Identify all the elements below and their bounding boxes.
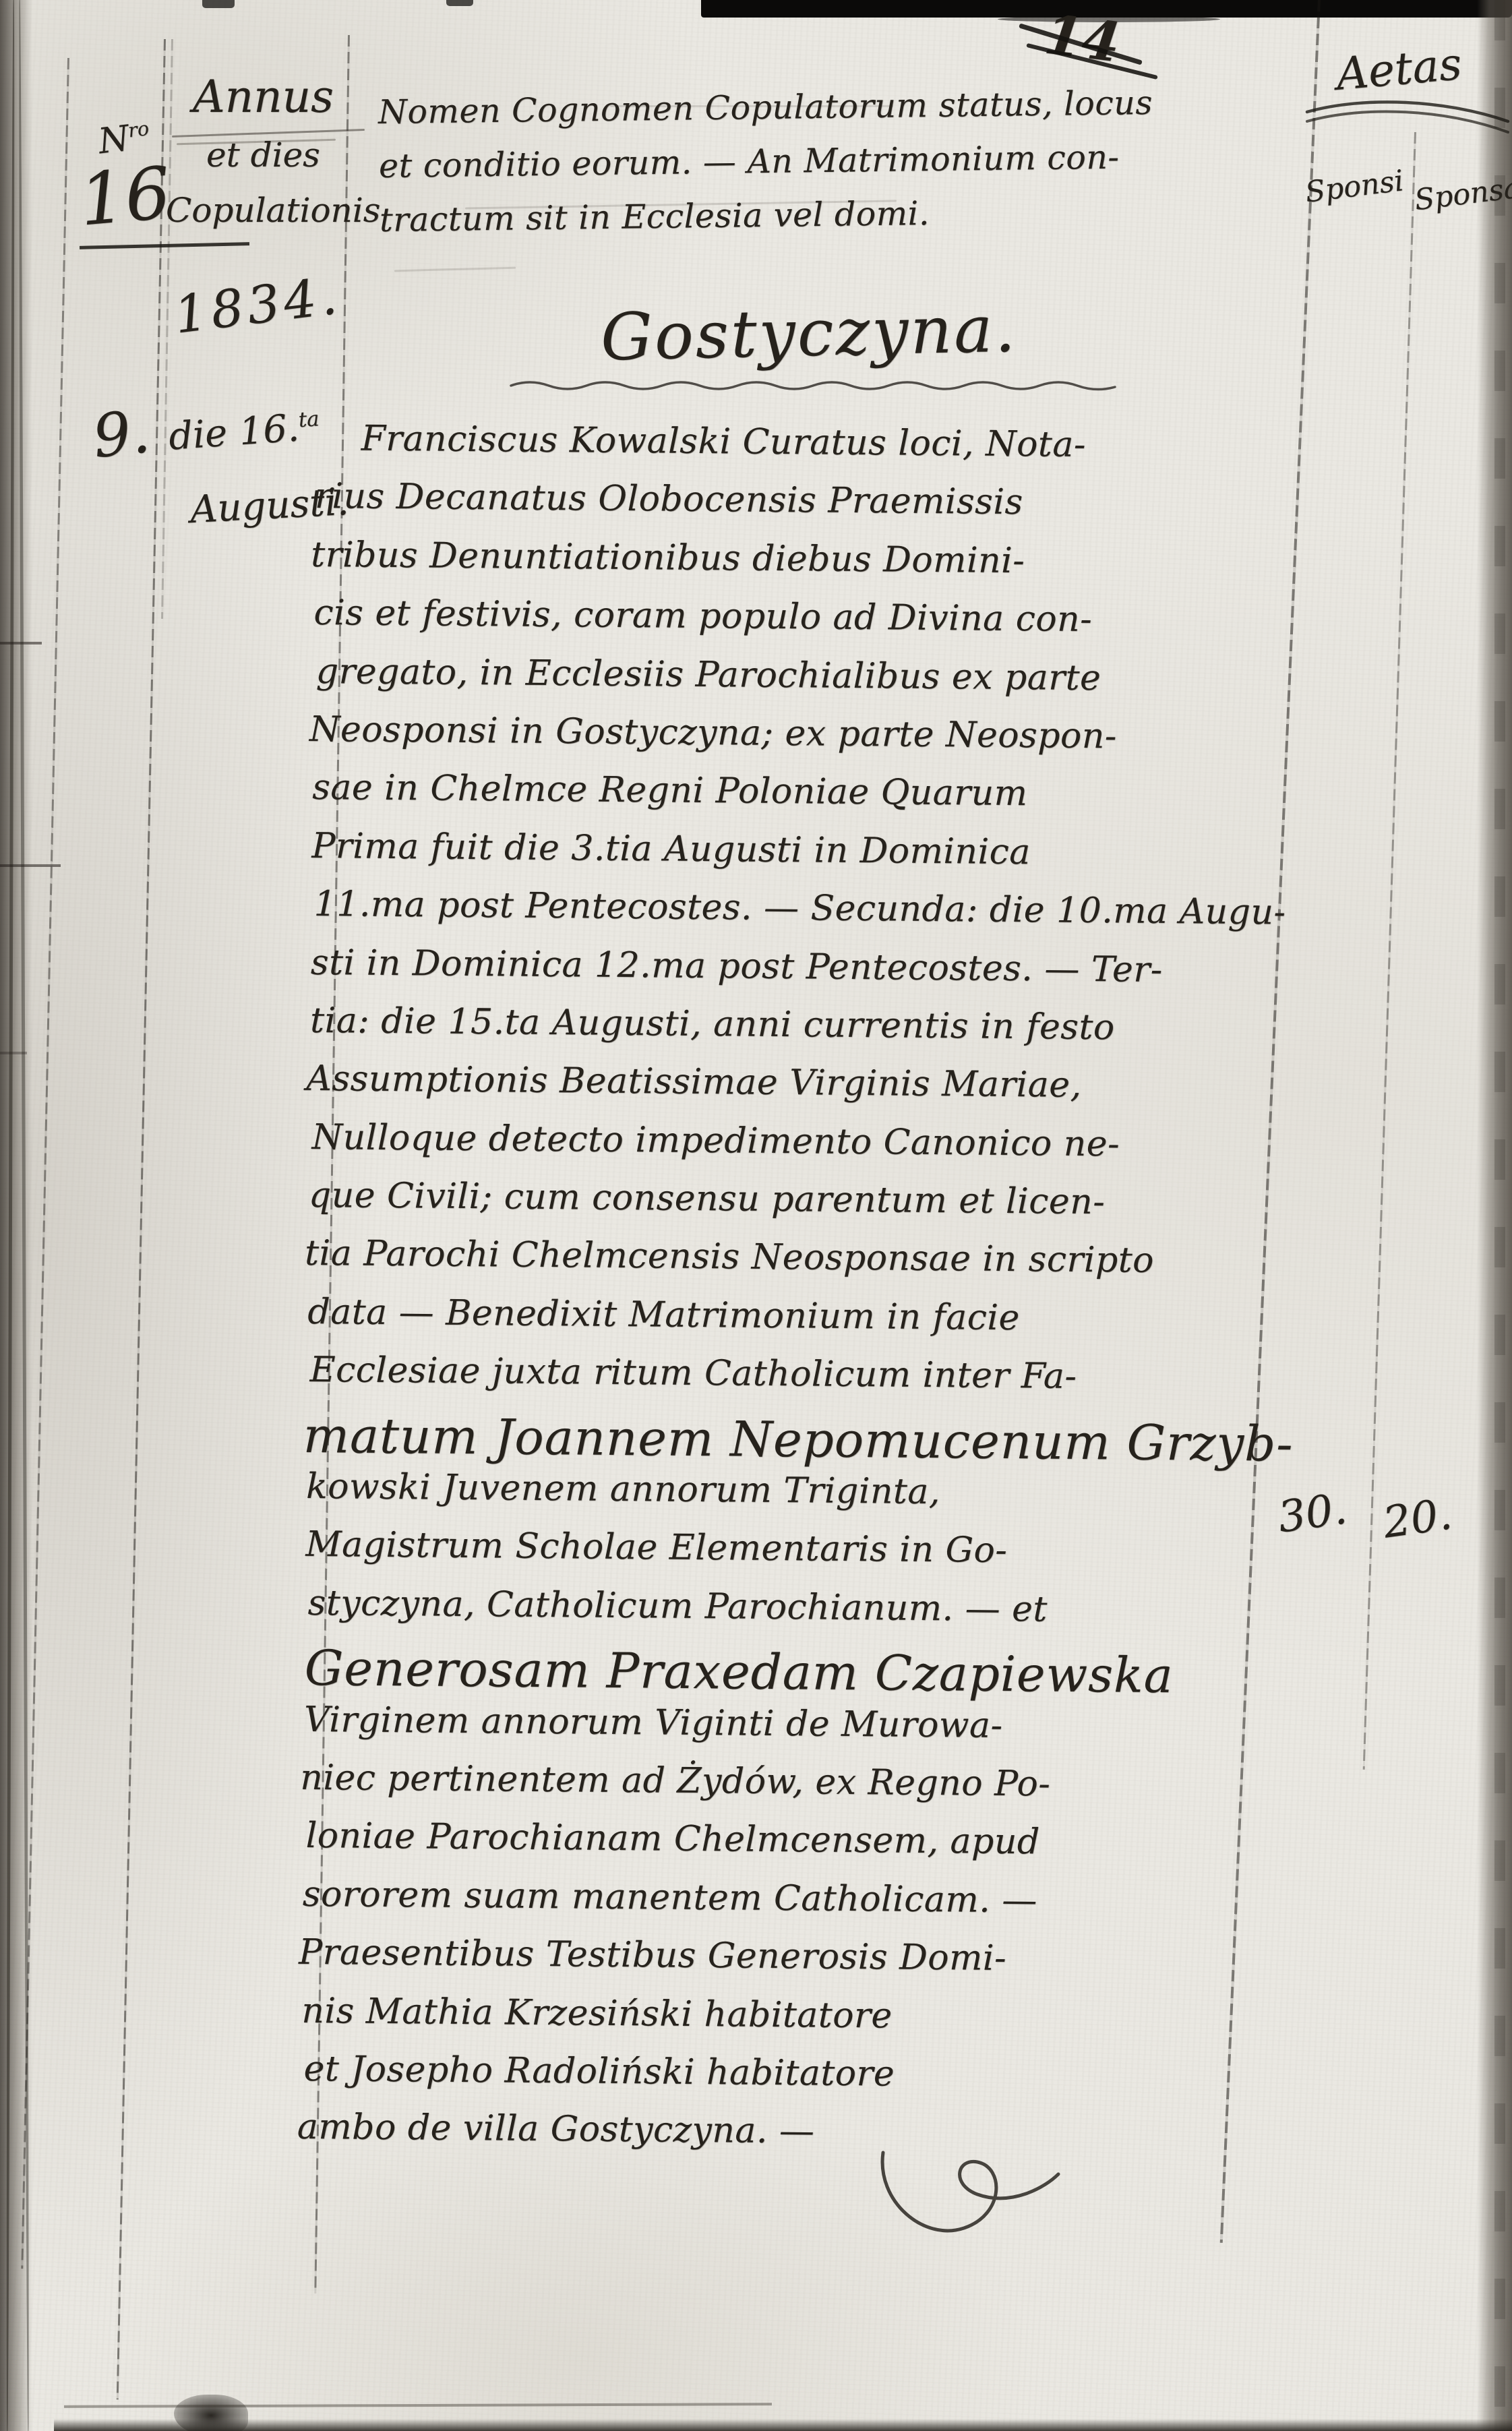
body-line: que Civili; cum consensu parentum et lic… (308, 1175, 1286, 1242)
body-line: loniae Parochianam Chelmcensem, apud (305, 1815, 1283, 1882)
date-column-header-line: Copulationis (166, 179, 380, 241)
main-column-header: Nomen Cognomen Copulatorum status, locus… (378, 76, 1155, 247)
scan-top-mark (202, 0, 235, 8)
body-line: matum Joannem Nepomucenum Grzyb- (303, 1408, 1281, 1475)
margin-tick (0, 1052, 27, 1054)
body-line: sae in Chelmce Regni Poloniae Quarum (312, 767, 1290, 834)
body-line: tia: die 15.ta Augusti, anni currentis i… (310, 1000, 1288, 1067)
body-line: Neosponsi in Gostyczyna; ex parte Neospo… (309, 709, 1287, 776)
main-column-header-line: Nomen Cognomen Copulatorum status, locus (378, 76, 1153, 140)
scan-right-edge-texture (1494, 0, 1505, 2431)
body-line: gregato, in Ecclesiis Parochialibus ex p… (315, 651, 1294, 718)
body-line: Ecclesiae juxta ritum Catholicum inter F… (309, 1350, 1288, 1416)
pen-strike (394, 267, 516, 272)
body-line: kowski Juvenem annorum Triginta, (306, 1466, 1284, 1533)
body-line: data — Benedixit Matrimonium in facie (307, 1292, 1286, 1358)
ink-blot (174, 2395, 248, 2431)
body-line: Nulloque detecto impedimento Canonico ne… (311, 1117, 1290, 1184)
body-line: ambo de villa Gostyczyna. — (297, 2107, 1275, 2173)
scratch-mark (64, 2403, 772, 2408)
body-line: tribus Denuntiationibus diebus Domini- (311, 535, 1289, 601)
age-column-header: Aetas (1334, 38, 1463, 100)
body-line: niec pertinentem ad Żydów, ex Regno Po- (300, 1758, 1278, 1824)
body-line: cis et festivis, coram populo ad Divina … (313, 593, 1292, 659)
body-line: nis Mathia Krzesiński habitatore (301, 1990, 1279, 2057)
body-line: styczyna, Catholicum Parochianum. — et (307, 1583, 1286, 1650)
register-page-scan: 14 Nro 16 Annuset diesCopulationis Nomen… (0, 0, 1512, 2431)
record-number: 16 (76, 151, 174, 241)
number-column-header-sup: ro (127, 117, 150, 142)
body-line: sororem suam manentem Catholicam. — (302, 1874, 1280, 1941)
groom-age-value: 30. (1275, 1484, 1350, 1542)
body-line: Franciscus Kowalski Curatus loci, Nota- (361, 419, 1296, 485)
year-label: 1834. (171, 265, 344, 345)
body-line: Generosam Praxedam Czapiewska (304, 1641, 1282, 1708)
column-rule-number (117, 39, 166, 2399)
body-line: Praesentibus Testibus Generosis Domi- (299, 1932, 1277, 1999)
record-body-text: Franciscus Kowalski Curatus loci, Nota-r… (300, 418, 1293, 2173)
body-line: Assumptionis Beatissimae Virginis Mariae… (306, 1058, 1284, 1125)
scan-bottom-edge (54, 2419, 1512, 2431)
body-line: tia Parochi Chelmcensis Neosponsae in sc… (305, 1233, 1283, 1300)
closing-flourish (876, 2147, 1065, 2262)
entry-date-day: die 16.ta (167, 404, 322, 459)
bride-age-value: 20. (1380, 1489, 1455, 1548)
body-line: Prima fuit die 3.tia Augusti in Dominica (311, 826, 1290, 893)
margin-tick (0, 642, 42, 644)
body-line: Magistrum Scholae Elementaris in Go- (305, 1524, 1283, 1591)
body-line: Virginem annorum Viginti de Murowa- (304, 1700, 1282, 1766)
main-column-header-line: et conditio eorum. — An Matrimonium con- (379, 130, 1154, 193)
groom-age-subheader: Sponsi (1303, 164, 1405, 209)
date-column-header: Annuset diesCopulationis (169, 66, 383, 252)
place-title: Gostyczyna. (485, 289, 1133, 378)
body-line: rius Decanatus Olobocensis Praemissis (314, 476, 1292, 543)
scan-top-mark (446, 0, 473, 6)
body-line: et Josepho Radoliński habitatore (303, 2049, 1281, 2115)
flourish-under-aetas (1304, 94, 1512, 143)
entry-number: 9. (90, 396, 153, 471)
title-wavy-underline (511, 375, 1118, 394)
body-line: 11.ma post Pentecostes. — Secunda: die 1… (313, 884, 1292, 951)
main-column-header-line: tractum sit in Ecclesia vel domi. (380, 184, 1155, 247)
date-column-header-line: Annus (193, 66, 407, 128)
body-line: sti in Dominica 12.ma post Pentecostes. … (310, 942, 1288, 1009)
